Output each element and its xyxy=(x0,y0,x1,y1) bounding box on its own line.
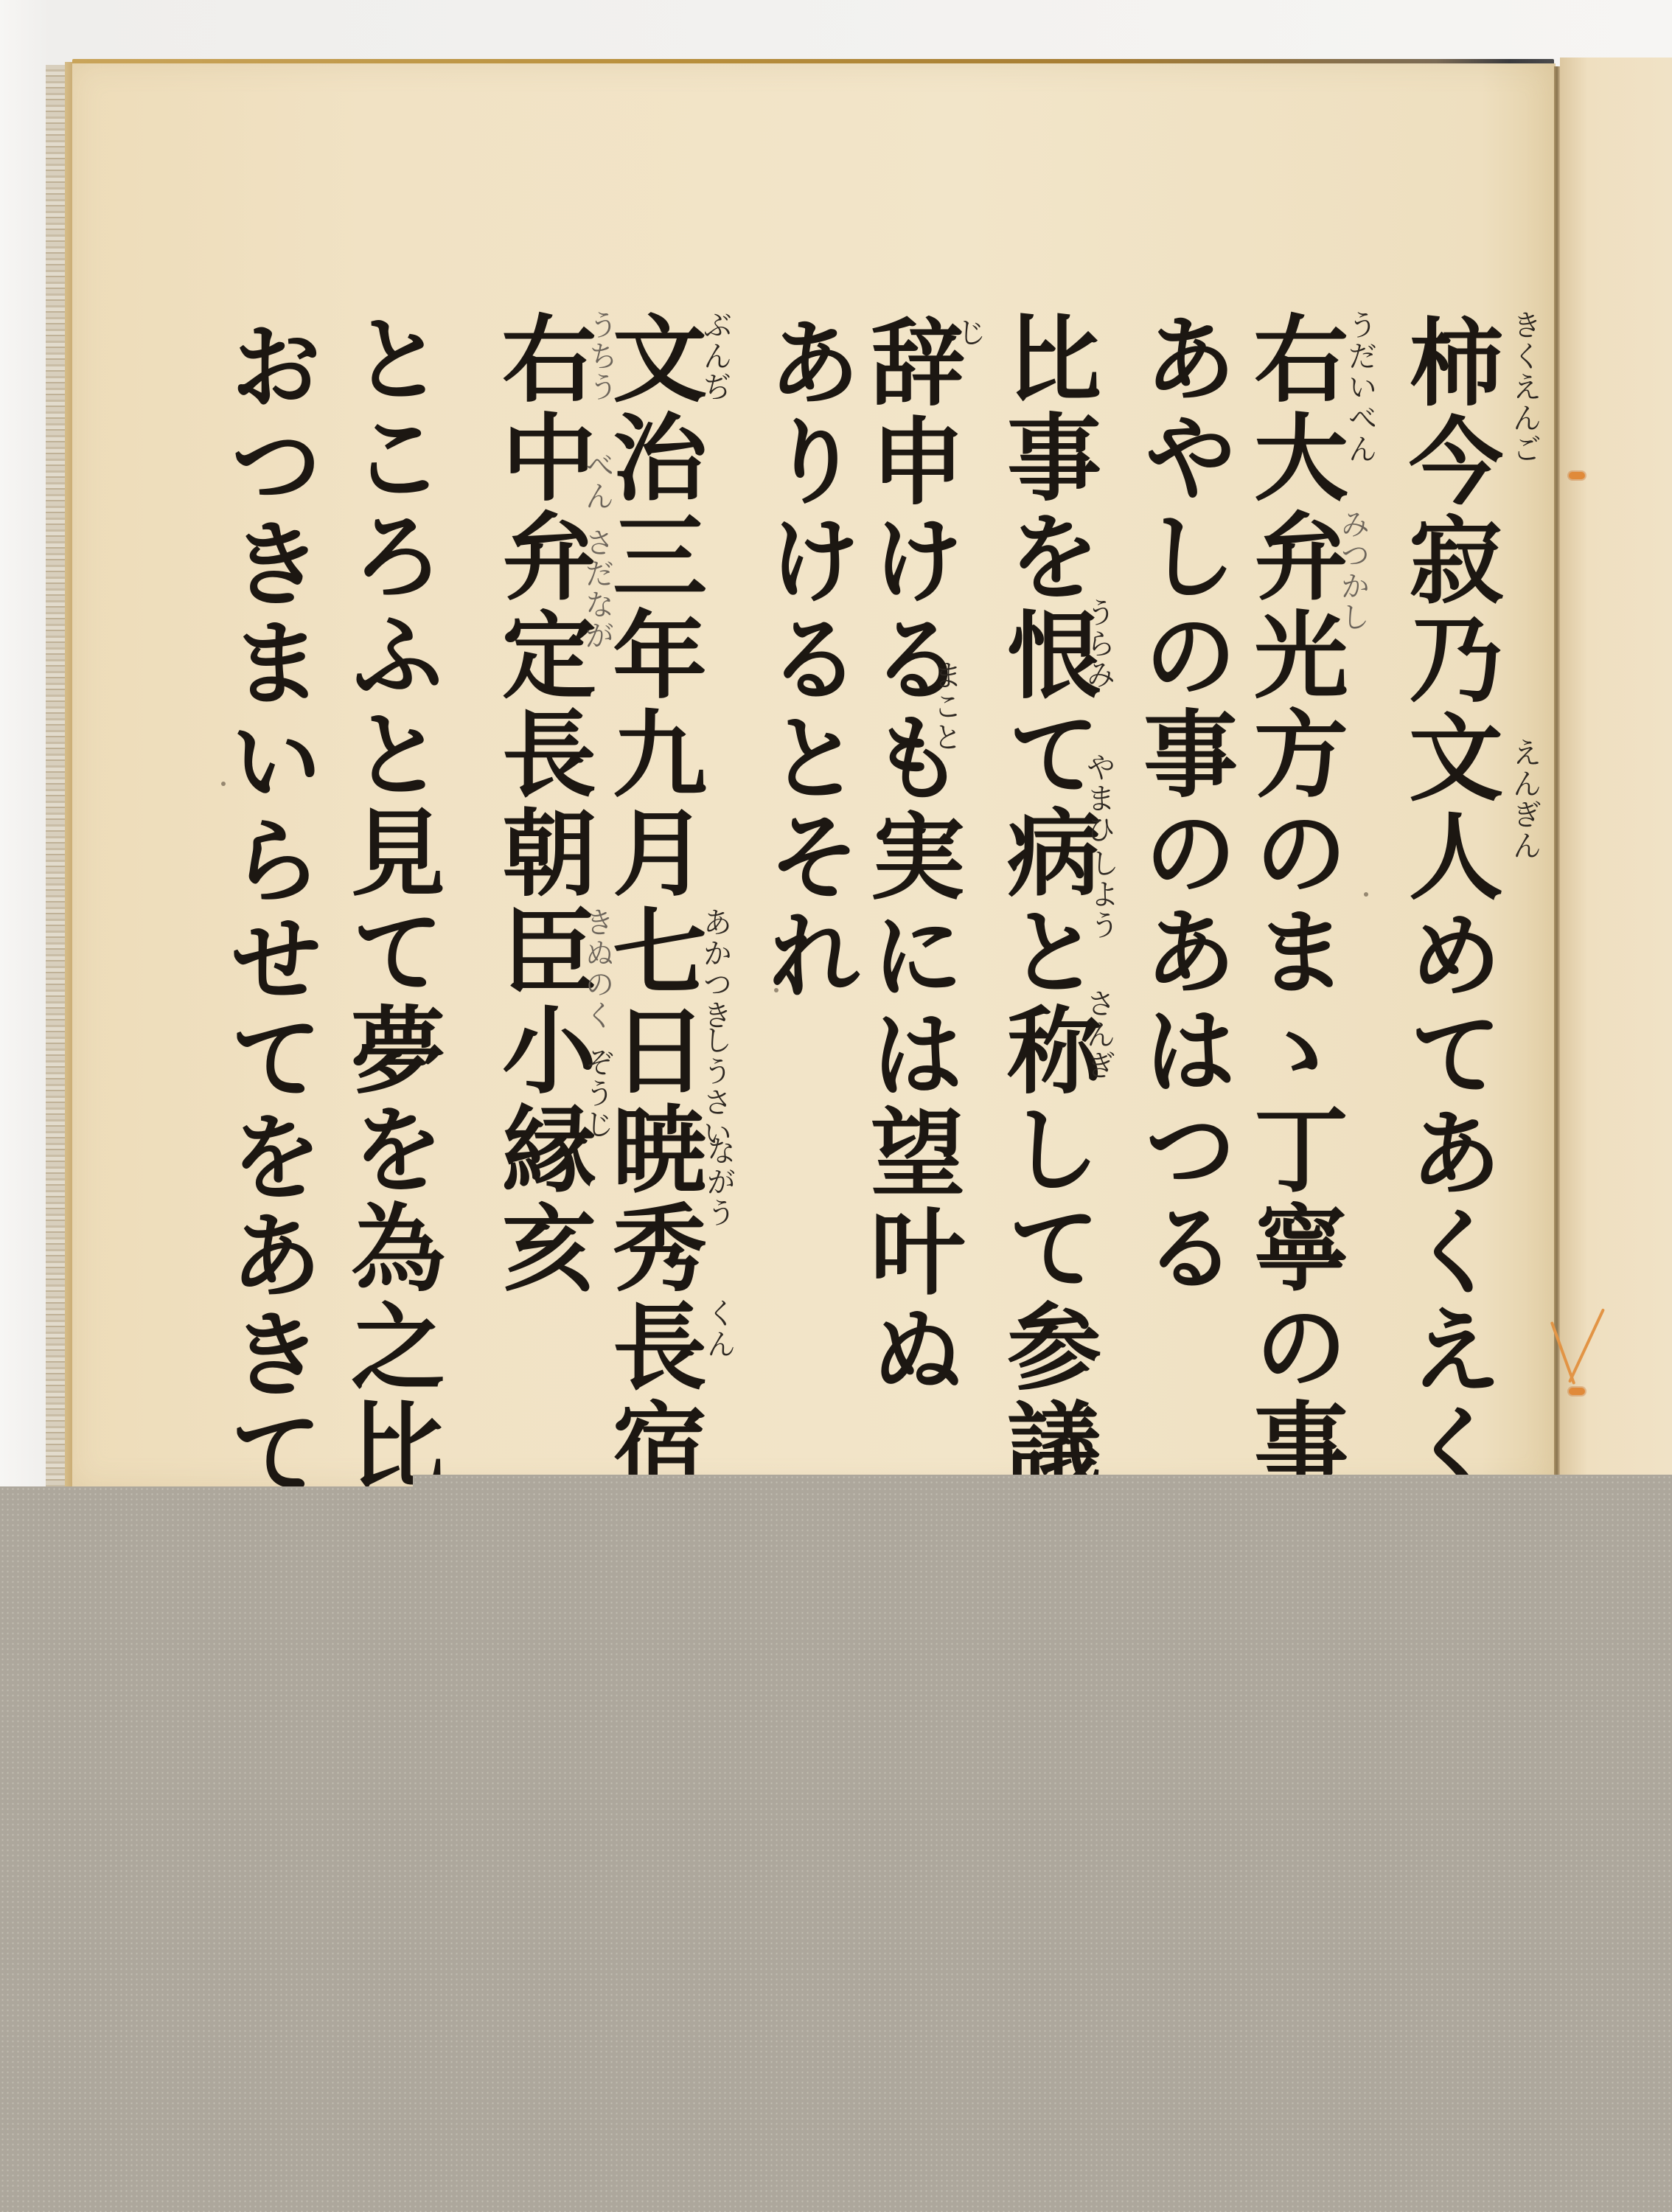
furigana-column-8c: さだなが xyxy=(582,527,612,651)
text-column-3: あやしの事のあはつる xyxy=(1135,310,1230,1298)
furigana-column-2a: うだいべん xyxy=(1345,310,1375,465)
book-gutter xyxy=(1554,66,1560,1486)
text-column-6: ありけるとそれ xyxy=(759,313,854,1005)
binding-thread-icon xyxy=(1569,472,1585,479)
paper-speck xyxy=(1364,892,1368,897)
redaction-block xyxy=(0,1486,1672,2212)
text-column-4: 比事を恨て病と称して参議 xyxy=(999,310,1093,1495)
furigana-column-8d: きぬのく xyxy=(582,907,612,1031)
text-column-7: 文治三年九月七日暁秀長宿 xyxy=(605,310,699,1495)
text-column-1: 柿今寂乃文人めてあくえくひ xyxy=(1401,313,1495,1598)
binding-thread-icon xyxy=(1569,1388,1585,1395)
furigana-column-7a: ぶんぢ xyxy=(700,310,730,403)
redaction-block xyxy=(413,1475,1672,1486)
furigana-column-8e: ぞうじ xyxy=(582,1047,612,1140)
furigana-column-4e: さんぎ xyxy=(1084,988,1113,1081)
furigana-column-1b: えんぎん xyxy=(1510,737,1539,861)
furigana-column-7e: くん xyxy=(704,1298,734,1360)
furigana-column-5a: まこと xyxy=(930,660,960,753)
text-column-5: 辞申けるも実には望叶ぬ xyxy=(863,313,957,1400)
furigana-column-8b: べん xyxy=(582,450,612,512)
furigana-column-7d: ながう xyxy=(704,1135,734,1228)
text-column-2: 右大弁光方のまゝ丁寧の事ハ xyxy=(1246,310,1340,1594)
text-column-8: 右中弁定長朝臣小縁亥 xyxy=(494,310,588,1298)
furigana-column-1a: きくえんご xyxy=(1510,310,1539,465)
facing-page-edge xyxy=(1560,58,1672,1486)
text-column-9: ところふと見て夢を為之比 xyxy=(343,310,437,1495)
furigana-column-4c: やまひ xyxy=(1084,752,1113,845)
furigana-column-4b: うらみ xyxy=(1084,597,1113,690)
furigana-column-2b: みつかし xyxy=(1338,509,1368,633)
furigana-column-7b: あかつき xyxy=(700,907,730,1031)
furigana-column-8a: うちう xyxy=(586,310,616,403)
furigana-column-7c: しうさい xyxy=(700,1025,730,1149)
furigana-column-4d: しよう xyxy=(1087,848,1117,941)
book-fore-edge xyxy=(46,65,67,1486)
